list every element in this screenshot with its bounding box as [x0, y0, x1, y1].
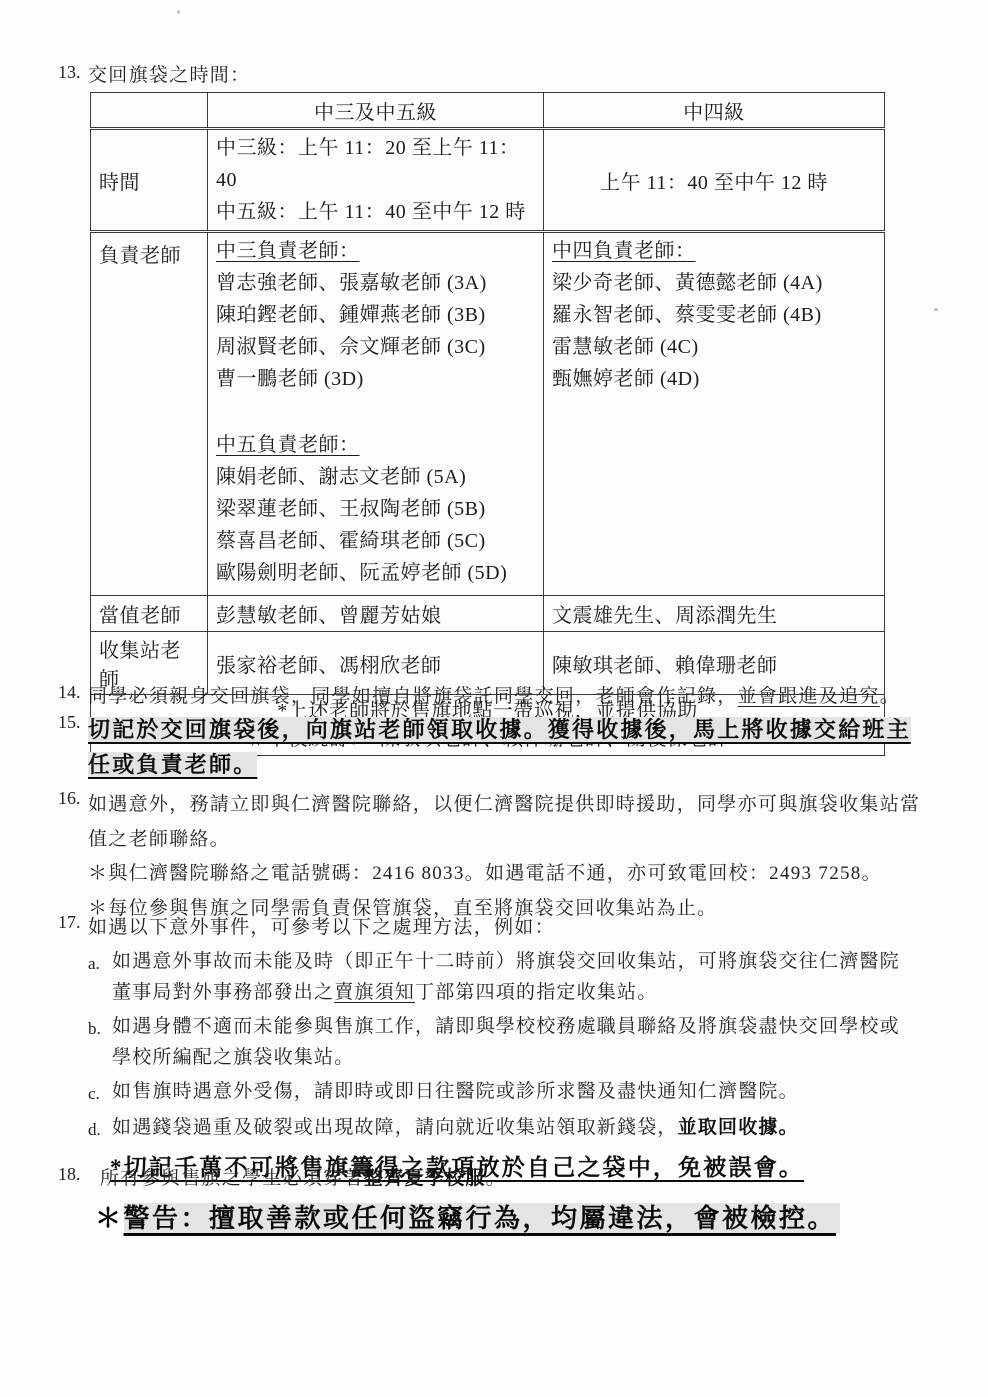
- time-f4-cell: 上午 11：40 至中午 12 時: [544, 129, 885, 232]
- item-16-text: 如遇意外，務請立即與仁濟醫院聯絡，以便仁濟醫院提供即時援助，同學亦可與旗袋收集站…: [88, 788, 928, 926]
- item-13-title: 交回旗袋之時間：: [88, 62, 250, 90]
- hospital-phone-note: ＊與仁濟醫院聯絡之電話號碼：2416 8033。如遇電話不通，亦可致電回校：24…: [88, 857, 928, 892]
- list-item-18: 18. 所有參與售旗之學生必須穿著整齊夏季校服。: [58, 1164, 938, 1194]
- responsible-teachers-row: 負責老師 中三負責老師： 曾志強老師、張嘉敏老師 (3A) 陳珀鏗老師、鍾嬋燕老…: [91, 232, 885, 596]
- item-number: 17.: [58, 912, 88, 933]
- teacher-line: 曹一鵬老師 (3D): [216, 363, 535, 395]
- f3-teachers-heading: 中三負責老師：: [216, 240, 360, 262]
- item-number: 14.: [58, 682, 88, 703]
- time-label: 時間: [91, 129, 208, 232]
- teacher-line: 曾志強老師、張嘉敏老師 (3A): [216, 267, 535, 299]
- legal-warning: ＊警告：擅取善款或任何盜竊行為，均屬違法，會被檢控。: [95, 1198, 840, 1240]
- item-number: 15.: [58, 712, 88, 733]
- f4-teachers-heading: 中四負責老師：: [552, 240, 696, 262]
- flag-guideline-underlined: 賣旗須知: [334, 982, 415, 1003]
- sub-item-d: d. 如遇錢袋過重及破裂或出現故障，請向就近收集站領取新錢袋，並取回收據。: [88, 1112, 936, 1145]
- duty-f3f5-cell: 彭慧敏老師、曾麗芳姑娘: [208, 596, 544, 632]
- teacher-line: 周淑賢老師、佘文輝老師 (3C): [216, 331, 535, 363]
- item-16-body: 如遇意外，務請立即與仁濟醫院聯絡，以便仁濟醫院提供即時援助，同學亦可與旗袋收集站…: [88, 788, 928, 857]
- table-header-row: 中三及中五級 中四級: [91, 93, 885, 129]
- item-17-heading: 如遇以下意外事件，可參考以下之處理方法，例如：: [88, 912, 936, 943]
- f5-teachers-heading: 中五負責老師：: [216, 434, 360, 456]
- teacher-line: 梁少奇老師、黃德懿老師 (4A): [552, 267, 876, 299]
- header-empty-cell: [91, 93, 208, 129]
- time-f3f5-cell: 中三級：上午 11：20 至上午 11：40 中五級：上午 11：40 至中午 …: [208, 129, 544, 232]
- item-number: 13.: [58, 62, 88, 83]
- time-f5-line: 中五級：上午 11：40 至中午 12 時: [216, 196, 535, 228]
- teacher-line: 蔡喜昌老師、霍綺琪老師 (5C): [216, 525, 535, 557]
- receipt-reminder-highlight: 切記於交回旗袋後，向旗站老師領取收據。獲得收據後，馬上將收據交給班主任或負責老師…: [88, 717, 911, 777]
- warning-text: 警告：擅取善款或任何盜竊行為，均屬違法，會被檢控。: [124, 1203, 841, 1234]
- item-17-text: 如遇以下意外事件，可參考以下之處理方法，例如： a. 如遇意外事故而未能及時（即…: [88, 912, 936, 1186]
- f3f5-teachers-cell: 中三負責老師： 曾志強老師、張嘉敏老師 (3A) 陳珀鏗老師、鍾嬋燕老師 (3B…: [208, 232, 544, 596]
- sub-item-a: a. 如遇意外事故而未能及時（即正午十二時前）將旗袋交回收集站，可將旗袋交往仁濟…: [88, 946, 936, 1008]
- time-f3-line: 中三級：上午 11：20 至上午 11：40: [216, 132, 535, 196]
- teacher-line: 梁翠蓮老師、王叔陶老師 (5B): [216, 493, 535, 525]
- followup-underlined: 並會跟進及追究: [738, 686, 880, 707]
- document-page: 13. 交回旗袋之時間： 中三及中五級 中四級 時間 中三級：上午 11：20 …: [0, 0, 988, 1397]
- teacher-line: 羅永智老師、蔡雯雯老師 (4B): [552, 299, 876, 331]
- list-item-16: 16. 如遇意外，務請立即與仁濟醫院聯絡，以便仁濟醫院提供即時援助，同學亦可與旗…: [58, 788, 948, 926]
- teacher-line: 甄嫵婷老師 (4D): [552, 363, 876, 395]
- list-item-17: 17. 如遇以下意外事件，可參考以下之處理方法，例如： a. 如遇意外事故而未能…: [58, 912, 953, 1186]
- teacher-line: 陳娟老師、謝志文老師 (5A): [216, 461, 535, 493]
- f4-teachers-cell: 中四負責老師： 梁少奇老師、黃德懿老師 (4A) 羅永智老師、蔡雯雯老師 (4B…: [544, 232, 885, 596]
- warning-asterisk: ＊: [95, 1204, 124, 1233]
- duty-teachers-label: 當值老師: [91, 596, 208, 632]
- return-time-table: 中三及中五級 中四級 時間 中三級：上午 11：20 至上午 11：40 中五級…: [90, 92, 885, 756]
- uniform-bold: 整齊夏季校服: [364, 1168, 486, 1189]
- teacher-line: 陳珀鏗老師、鍾嬋燕老師 (3B): [216, 299, 535, 331]
- duty-f4-cell: 文震雄先生、周添潤先生: [544, 596, 885, 632]
- list-item-13: 13. 交回旗袋之時間：: [58, 62, 250, 90]
- retrieve-receipt-bold: 並取回收據。: [678, 1117, 799, 1138]
- scan-speck: [177, 10, 180, 14]
- scan-speck: [934, 308, 938, 311]
- teacher-line: 歐陽劍明老師、阮孟婷老師 (5D): [216, 557, 535, 589]
- header-f3f5: 中三及中五級: [208, 93, 544, 129]
- responsible-teachers-label: 負責老師: [91, 232, 208, 596]
- item-number: 18.: [58, 1164, 100, 1185]
- list-item-15: 15. 切記於交回旗袋後，向旗站老師領取收據。獲得收據後，馬上將收據交給班主任或…: [58, 712, 938, 782]
- sub-item-b: b. 如遇身體不適而未能參與售旗工作，請即與學校校務處職員聯絡及將旗袋盡快交回學…: [88, 1011, 936, 1073]
- list-item-14: 14. 同學必須親身交回旗袋，同學如擅自將旗袋託同學交回，老師會作記錄，並會跟進…: [58, 682, 938, 712]
- item-14-text: 同學必須親身交回旗袋，同學如擅自將旗袋託同學交回，老師會作記錄，並會跟進及追究。: [88, 682, 900, 712]
- time-row: 時間 中三級：上午 11：20 至上午 11：40 中五級：上午 11：40 至…: [91, 129, 885, 232]
- sub-item-c: c. 如售旗時遇意外受傷，請即時或即日往醫院或診所求醫及盡快通知仁濟醫院。: [88, 1076, 936, 1109]
- duty-teachers-row: 當值老師 彭慧敏老師、曾麗芳姑娘 文震雄先生、周添潤先生: [91, 596, 885, 632]
- item-number: 16.: [58, 788, 88, 809]
- item-15-text: 切記於交回旗袋後，向旗站老師領取收據。獲得收據後，馬上將收據交給班主任或負責老師…: [88, 712, 916, 782]
- header-f4: 中四級: [544, 93, 885, 129]
- teacher-line: 雷慧敏老師 (4C): [552, 331, 876, 363]
- item-18-text: 所有參與售旗之學生必須穿著整齊夏季校服。: [100, 1164, 506, 1194]
